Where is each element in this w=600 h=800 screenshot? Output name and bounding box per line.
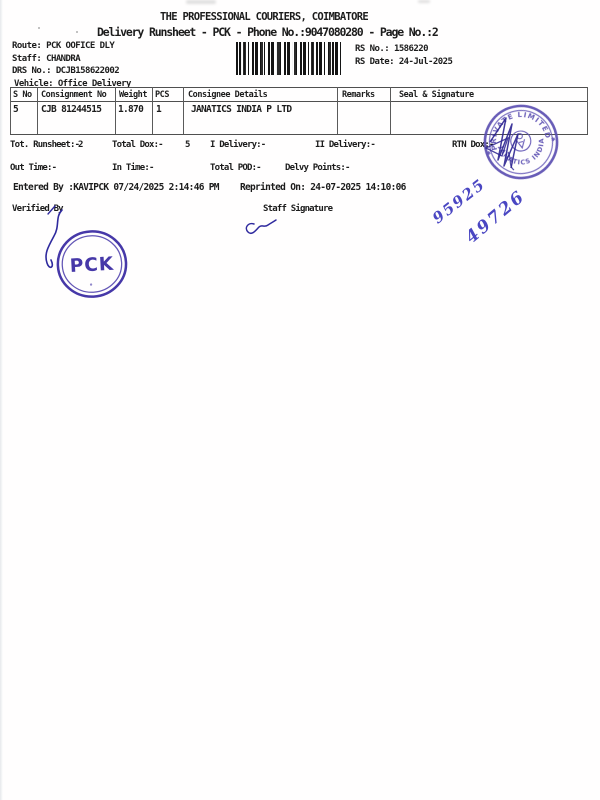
pck-stamp-text: PCK bbox=[69, 254, 114, 277]
document-subtitle: Delivery Runsheet - PCK - Phone No.:9047… bbox=[97, 25, 438, 39]
total-dox-label: Total Dox:- bbox=[112, 140, 163, 150]
reprinted-on-line: Reprinted On: 24-07-2025 14:10:06 bbox=[240, 182, 406, 193]
rs-no-line: RS No.: 1586220 bbox=[355, 44, 428, 54]
route-line: Route: PCK OOFICE DLY bbox=[12, 41, 114, 51]
col-header-weight: Weight bbox=[119, 90, 147, 100]
table-gridline bbox=[10, 87, 11, 134]
staff-signature-mark bbox=[240, 216, 280, 242]
rs-date-line: RS Date: 24-Jul-2025 bbox=[355, 57, 452, 67]
col-header-pcs: PCS bbox=[155, 90, 169, 100]
cell-sno: 5 bbox=[13, 104, 18, 115]
delvy-points-label: Delvy Points:- bbox=[285, 163, 350, 173]
scan-smudge bbox=[186, 0, 216, 4]
staff-line: Staff: CHANDRA bbox=[12, 54, 80, 64]
scan-smudge bbox=[418, 0, 430, 3]
cell-pcs: 1 bbox=[156, 104, 161, 115]
company-seal-stamp: PRIVATE LIMITED JANATICS INDIA ✱ ✱ bbox=[474, 95, 569, 190]
tot-runsheet-value: 2 bbox=[78, 140, 83, 150]
table-border-top bbox=[10, 87, 588, 88]
total-pod-label: Total POD:- bbox=[210, 163, 261, 173]
col-header-sno: S No bbox=[13, 90, 32, 100]
pck-stamp: PCK bbox=[51, 226, 133, 304]
scan-edge-shadow bbox=[0, 0, 3, 800]
cell-weight: 1.870 bbox=[118, 104, 143, 115]
cell-consignee: JANATICS INDIA P LTD bbox=[191, 104, 291, 115]
i-delivery-label: I Delivery:- bbox=[210, 140, 265, 150]
runsheet-barcode bbox=[236, 42, 344, 75]
table-gridline bbox=[152, 87, 153, 134]
table-gridline bbox=[337, 87, 338, 134]
table-gridline bbox=[37, 87, 38, 134]
table-gridline bbox=[115, 87, 116, 134]
verified-by-label: Verified By bbox=[12, 204, 63, 214]
out-time-label: Out Time:- bbox=[10, 163, 56, 173]
col-header-consignee: Consignee Details bbox=[188, 90, 267, 100]
col-header-consignment: Consignment No bbox=[41, 90, 106, 100]
staff-signature-label: Staff Signature bbox=[263, 204, 332, 214]
in-time-label: In Time:- bbox=[112, 163, 154, 173]
table-gridline bbox=[390, 87, 391, 134]
entered-by-line: Entered By :KAVIPCK 07/24/2025 2:14:46 P… bbox=[13, 182, 219, 193]
table-gridline bbox=[183, 87, 184, 134]
total-dox-value: 5 bbox=[185, 140, 190, 150]
cell-consignment-no: CJB 81244515 bbox=[41, 104, 101, 115]
table-gridline bbox=[587, 87, 588, 134]
col-header-remarks: Remarks bbox=[342, 90, 375, 100]
col-header-seal: Seal & Signature bbox=[399, 90, 474, 100]
company-title: THE PROFESSIONAL COURIERS, COIMBATORE bbox=[160, 11, 368, 23]
runsheet-document: THE PROFESSIONAL COURIERS, COIMBATORE De… bbox=[0, 0, 600, 800]
ii-delivery-label: II Delivery:- bbox=[315, 140, 375, 150]
scan-speck bbox=[38, 27, 40, 29]
seal-emblem bbox=[509, 129, 533, 153]
scan-speck bbox=[76, 31, 78, 33]
table-header-divider bbox=[10, 101, 588, 102]
tot-runsheet-label: Tot. Runsheet:- bbox=[10, 140, 79, 150]
drs-no-line: DRS No.: DCJB158622002 bbox=[12, 66, 119, 76]
